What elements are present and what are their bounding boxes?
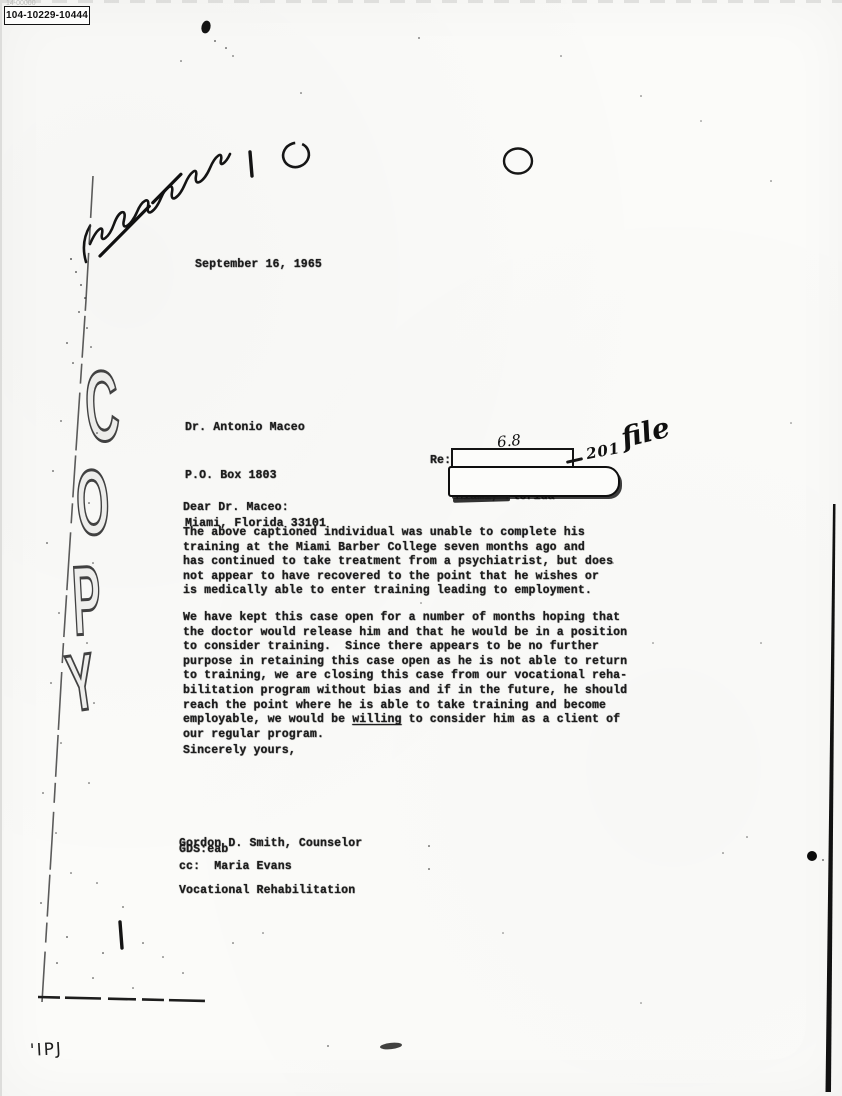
letter-line: training at the Miami Barber College sev… — [183, 541, 613, 556]
letter-line: our regular program. — [183, 728, 627, 743]
redaction-box-lower — [448, 466, 620, 497]
letter-line: to consider training. Since there appear… — [183, 640, 627, 655]
letter-content: September 16, 1965 Dr. Antonio Maceo P.O… — [0, 0, 842, 1096]
cc-line: cc: Maria Evans — [179, 860, 292, 875]
letter-line: employable, we would be willing to consi… — [183, 713, 627, 728]
recipient-name: Dr. Antonio Maceo — [185, 420, 326, 436]
letter-paragraph-1: The above captioned individual was unabl… — [183, 526, 613, 599]
recipient-po-box: P.O. Box 1803 — [185, 468, 326, 484]
letter-line: reach the point where he is able to take… — [183, 699, 627, 714]
typist-initials: GDS:eab — [179, 843, 228, 858]
letter-paragraph-2: We have kept this case open for a number… — [183, 611, 627, 742]
letter-line: bilitation program without bias and if i… — [183, 684, 627, 699]
letter-line: the doctor would release him and that he… — [183, 626, 627, 641]
letter-line: has continued to take treatment from a p… — [183, 555, 613, 570]
scanned-letter-page: 14-00000 104-10229-10444 C O P Y Septemb… — [0, 0, 842, 1096]
signature-department: Vocational Rehabilitation — [179, 883, 362, 899]
letter-line: We have kept this case open for a number… — [183, 611, 627, 626]
letter-date: September 16, 1965 — [195, 258, 322, 273]
salutation: Dear Dr. Maceo: — [183, 501, 289, 516]
letter-line: is medically able to enter training lead… — [183, 584, 613, 599]
letter-line: The above captioned individual was unabl… — [183, 526, 613, 541]
letter-line: to training, we are closing this case fr… — [183, 669, 627, 684]
letter-line: purpose in retaining this case open as h… — [183, 655, 627, 670]
handwritten-number: 6.8 — [496, 431, 522, 451]
underlined-word: willing — [352, 713, 401, 726]
bottom-left-handwritten-mark: 'IPJ — [29, 1039, 63, 1061]
letter-line: not appear to have recovered to the poin… — [183, 570, 613, 585]
closing: Sincerely yours, — [183, 744, 296, 759]
